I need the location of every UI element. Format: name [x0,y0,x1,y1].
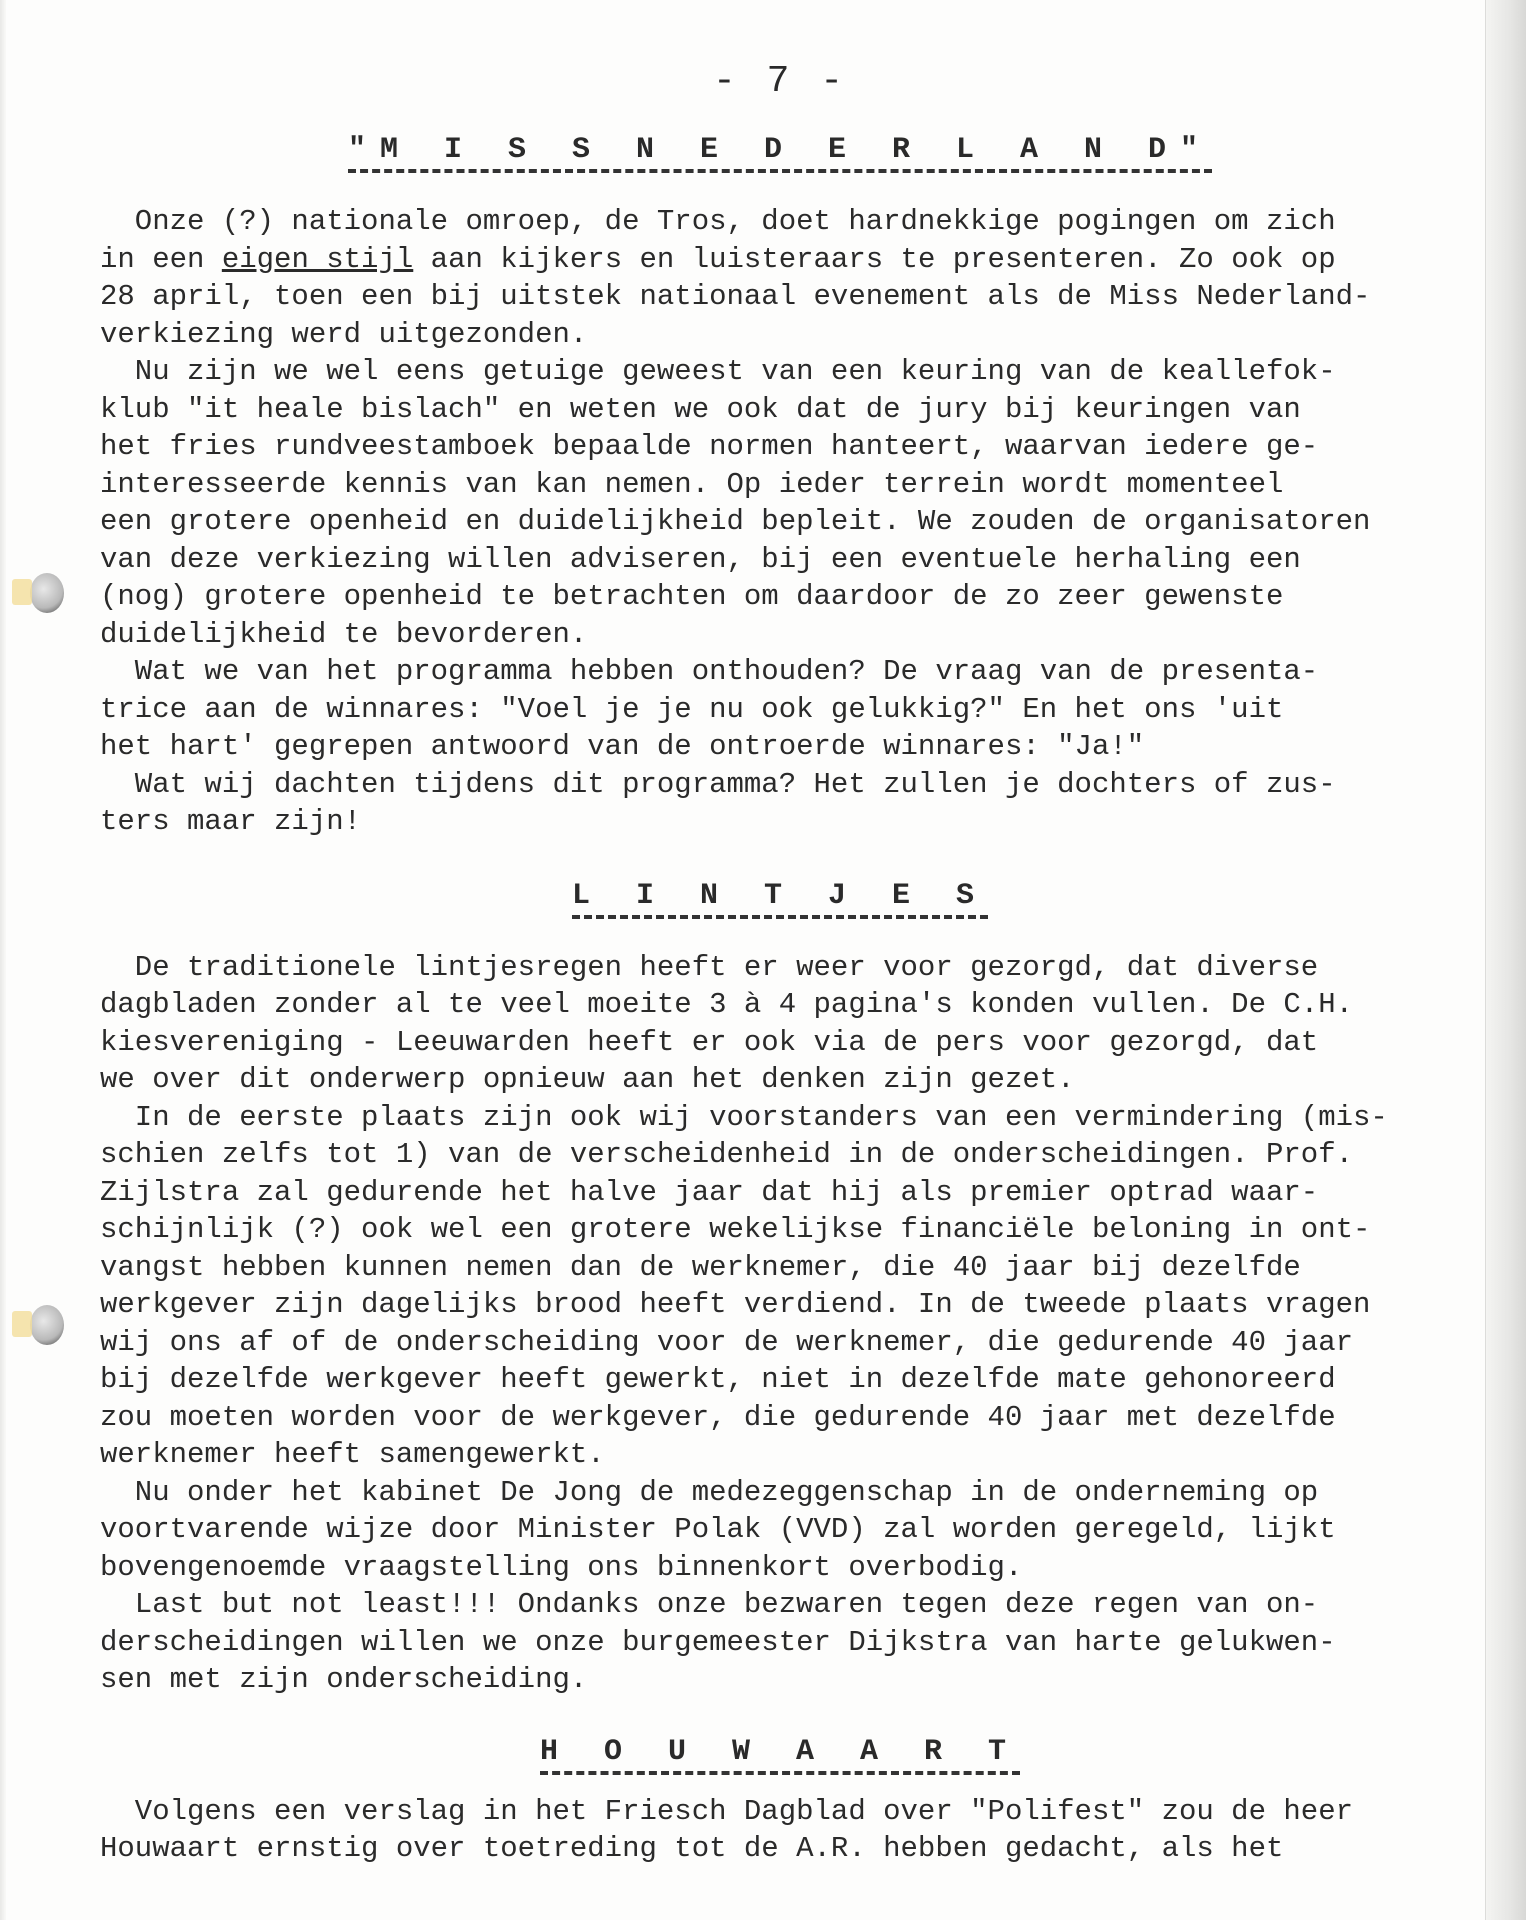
text-line: voortvarende wijze door Minister Polak (… [100,1511,1460,1549]
text-line: schien zelfs tot 1) van de verscheidenhe… [100,1136,1460,1174]
text-line: sen met zijn onderscheiding. [100,1661,1460,1699]
document-body: - 7 - "M I S S N E D E R L A N D" Onze (… [100,60,1460,1868]
page-left-edge [0,0,6,1920]
text-line: bij dezelfde werkgever heeft gewerkt, ni… [100,1361,1460,1399]
text-line: het fries rundveestamboek bepaalde norme… [100,428,1460,466]
text-line: we over dit onderwerp opnieuw aan het de… [100,1061,1460,1099]
text-line: In de eerste plaats zijn ook wij voorsta… [100,1099,1460,1137]
text-line: in een eigen stijl aan kijkers en luiste… [100,241,1460,279]
scanned-page: - 7 - "M I S S N E D E R L A N D" Onze (… [0,0,1526,1920]
underlined-text: eigen stijl [222,243,413,276]
text-line: Nu onder het kabinet De Jong de medezegg… [100,1474,1460,1512]
section-lintjes: L I N T J E S De traditionele lintjesreg… [100,879,1460,1699]
text-line: het hart' gegrepen antwoord van de ontro… [100,728,1460,766]
text-line: derscheidingen willen we onze burgemeest… [100,1624,1460,1662]
text-line: trice aan de winnares: "Voel je je nu oo… [100,691,1460,729]
text-line: klub "it heale bislach" en weten we ook … [100,391,1460,429]
text-line: dagbladen zonder al te veel moeite 3 à 4… [100,986,1460,1024]
text-line: zou moeten worden voor de werkgever, die… [100,1399,1460,1437]
text-line: ters maar zijn! [100,803,1460,841]
text-line: van deze verkiezing willen adviseren, bi… [100,541,1460,579]
text-line: Last but not least!!! Ondanks onze bezwa… [100,1586,1460,1624]
text-line: Zijlstra zal gedurende het halve jaar da… [100,1174,1460,1212]
text-line: Wat wij dachten tijdens dit programma? H… [100,766,1460,804]
text-line: De traditionele lintjesregen heeft er we… [100,949,1460,987]
section-title: L I N T J E S [100,879,1460,919]
text-line: Nu zijn we wel eens getuige geweest van … [100,353,1460,391]
text-line: wij ons af of de onderscheiding voor de … [100,1324,1460,1362]
section-title: H O U W A A R T [100,1735,1460,1775]
text-line: schijnlijk (?) ook wel een grotere wekel… [100,1211,1460,1249]
text-line: bovengenoemde vraagstelling ons binnenko… [100,1549,1460,1587]
page-right-edge [1485,0,1526,1920]
page-number: - 7 - [100,60,1460,103]
text-line: 28 april, toen een bij uitstek nationaal… [100,278,1460,316]
text-line: verkiezing werd uitgezonden. [100,316,1460,354]
text-line: interesseerde kennis van kan nemen. Op i… [100,466,1460,504]
punch-hole [30,1305,64,1345]
text-line: vangst hebben kunnen nemen dan de werkne… [100,1249,1460,1287]
text-line: (nog) grotere openheid te betrachten om … [100,578,1460,616]
text-line: duidelijkheid te bevorderen. [100,616,1460,654]
text-line: Volgens een verslag in het Friesch Dagbl… [100,1793,1460,1831]
section-houwaart: H O U W A A R T Volgens een verslag in h… [100,1735,1460,1868]
text-line: Houwaart ernstig over toetreding tot de … [100,1830,1460,1868]
text-line: een grotere openheid en duidelijkheid be… [100,503,1460,541]
text-line: kiesvereniging - Leeuwarden heeft er ook… [100,1024,1460,1062]
section-body: De traditionele lintjesregen heeft er we… [100,949,1460,1699]
section-miss-nederland: "M I S S N E D E R L A N D" Onze (?) nat… [100,133,1460,841]
section-title: "M I S S N E D E R L A N D" [100,133,1460,173]
section-body: Onze (?) nationale omroep, de Tros, doet… [100,203,1460,841]
text-line: Onze (?) nationale omroep, de Tros, doet… [100,203,1460,241]
text-line: Wat we van het programma hebben onthoude… [100,653,1460,691]
section-body: Volgens een verslag in het Friesch Dagbl… [100,1793,1460,1868]
text-line: werkgever zijn dagelijks brood heeft ver… [100,1286,1460,1324]
punch-hole [30,573,64,613]
text-line: werknemer heeft samengewerkt. [100,1436,1460,1474]
